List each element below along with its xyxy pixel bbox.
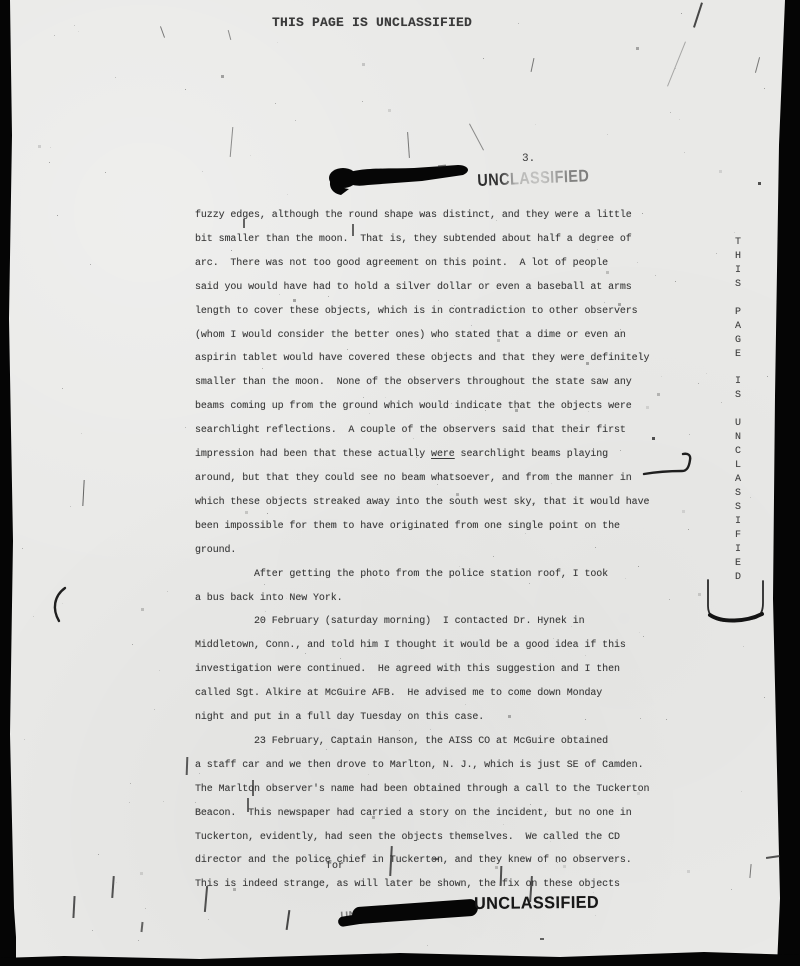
scan-mark — [186, 757, 188, 775]
scan-mark — [766, 855, 780, 859]
scan-mark — [82, 480, 84, 506]
scan-mark — [111, 876, 114, 898]
body-text: fuzzy edges, although the round shape wa… — [195, 204, 665, 897]
scan-mark — [160, 26, 165, 38]
scan-mark — [247, 798, 249, 812]
body-line: a staff car and we then drove to Marlton… — [195, 754, 665, 778]
body-line: director and the police chief in Tuckert… — [195, 849, 665, 873]
redaction-bar — [352, 899, 479, 925]
scan-mark — [758, 182, 761, 185]
scan-mark — [407, 132, 410, 158]
scan-mark — [749, 864, 751, 878]
scan-mark — [540, 938, 544, 940]
body-line: which these objects streaked away into t… — [195, 491, 665, 515]
page-number: 3. — [522, 153, 535, 165]
scanned-document-page: THIS PAGE IS UNCLASSIFIED 3. UNCLASSIFIE… — [0, 0, 800, 966]
body-line: impression had been that these actually … — [195, 443, 665, 467]
body-line: been impossible for them to have origina… — [195, 515, 665, 539]
body-line: fuzzy edges, although the round shape wa… — [195, 204, 665, 228]
scan-mark — [228, 30, 232, 40]
margin-vertical-classification: THISPAGEISUNCLASSIFIED — [735, 236, 741, 584]
body-line: 20 February (saturday morning) I contact… — [195, 610, 665, 634]
body-line: night and put in a full day Tuesday on t… — [195, 706, 665, 730]
pen-check-mark — [640, 446, 700, 482]
scan-mark — [230, 127, 234, 157]
body-line: a bus back into New York. — [195, 587, 665, 611]
body-line: bit smaller than the moon. That is, they… — [195, 228, 665, 252]
scan-mark — [531, 58, 535, 72]
body-line: beams coming up from the ground which wo… — [195, 395, 665, 419]
body-line: 23 February, Captain Hanson, the AISS CO… — [195, 730, 665, 754]
scan-mark — [72, 896, 75, 918]
body-line: around, but that they could see no beam … — [195, 467, 665, 491]
scan-border-left — [0, 0, 16, 966]
body-line: said you would have had to hold a silver… — [195, 276, 665, 300]
body-line: called Sgt. Alkire at McGuire AFB. He ad… — [195, 682, 665, 706]
scan-mark — [252, 780, 254, 796]
redaction-scribble — [326, 160, 476, 206]
body-line: The Marlton observer's name had been obt… — [195, 778, 665, 802]
unclassified-stamp-top: UNCLASSIFIED — [477, 166, 590, 191]
unclassified-stamp-bottom: UNCLASSIFIED — [474, 893, 599, 914]
interlinear-insertion: for — [326, 861, 344, 872]
page-classification-header: THIS PAGE IS UNCLASSIFIED — [272, 15, 472, 30]
body-line: length to cover these objects, which is … — [195, 300, 665, 324]
scan-mark — [469, 124, 484, 151]
scan-mark — [140, 922, 143, 932]
scan-mark — [693, 2, 702, 27]
scan-mark — [243, 219, 245, 228]
body-line: ground. — [195, 539, 665, 563]
scan-border-bottom — [0, 948, 800, 966]
pen-bracket-mark — [700, 576, 770, 632]
body-line: arc. There was not too good agreement on… — [195, 252, 665, 276]
body-line: smaller than the moon. None of the obser… — [195, 371, 665, 395]
body-line: searchlight reflections. A couple of the… — [195, 419, 665, 443]
body-line: investigation were continued. He agreed … — [195, 658, 665, 682]
body-line: After getting the photo from the police … — [195, 563, 665, 587]
scan-mark — [755, 57, 760, 73]
scan-mark — [652, 437, 655, 440]
body-line: Tuckerton, evidently, had seen the objec… — [195, 826, 665, 850]
body-line: Middletown, Conn., and told him I though… — [195, 634, 665, 658]
pen-parenthesis-mark — [48, 586, 70, 624]
scan-mark — [286, 910, 291, 930]
body-line: (whom I would consider the better ones) … — [195, 324, 665, 348]
body-line: Beacon. This newspaper had carried a sto… — [195, 802, 665, 826]
scan-mark — [667, 42, 686, 87]
scan-mark — [352, 224, 354, 236]
scan-mark — [433, 858, 439, 860]
scan-border-right — [768, 0, 800, 966]
body-line: aspirin tablet would have covered these … — [195, 347, 665, 371]
